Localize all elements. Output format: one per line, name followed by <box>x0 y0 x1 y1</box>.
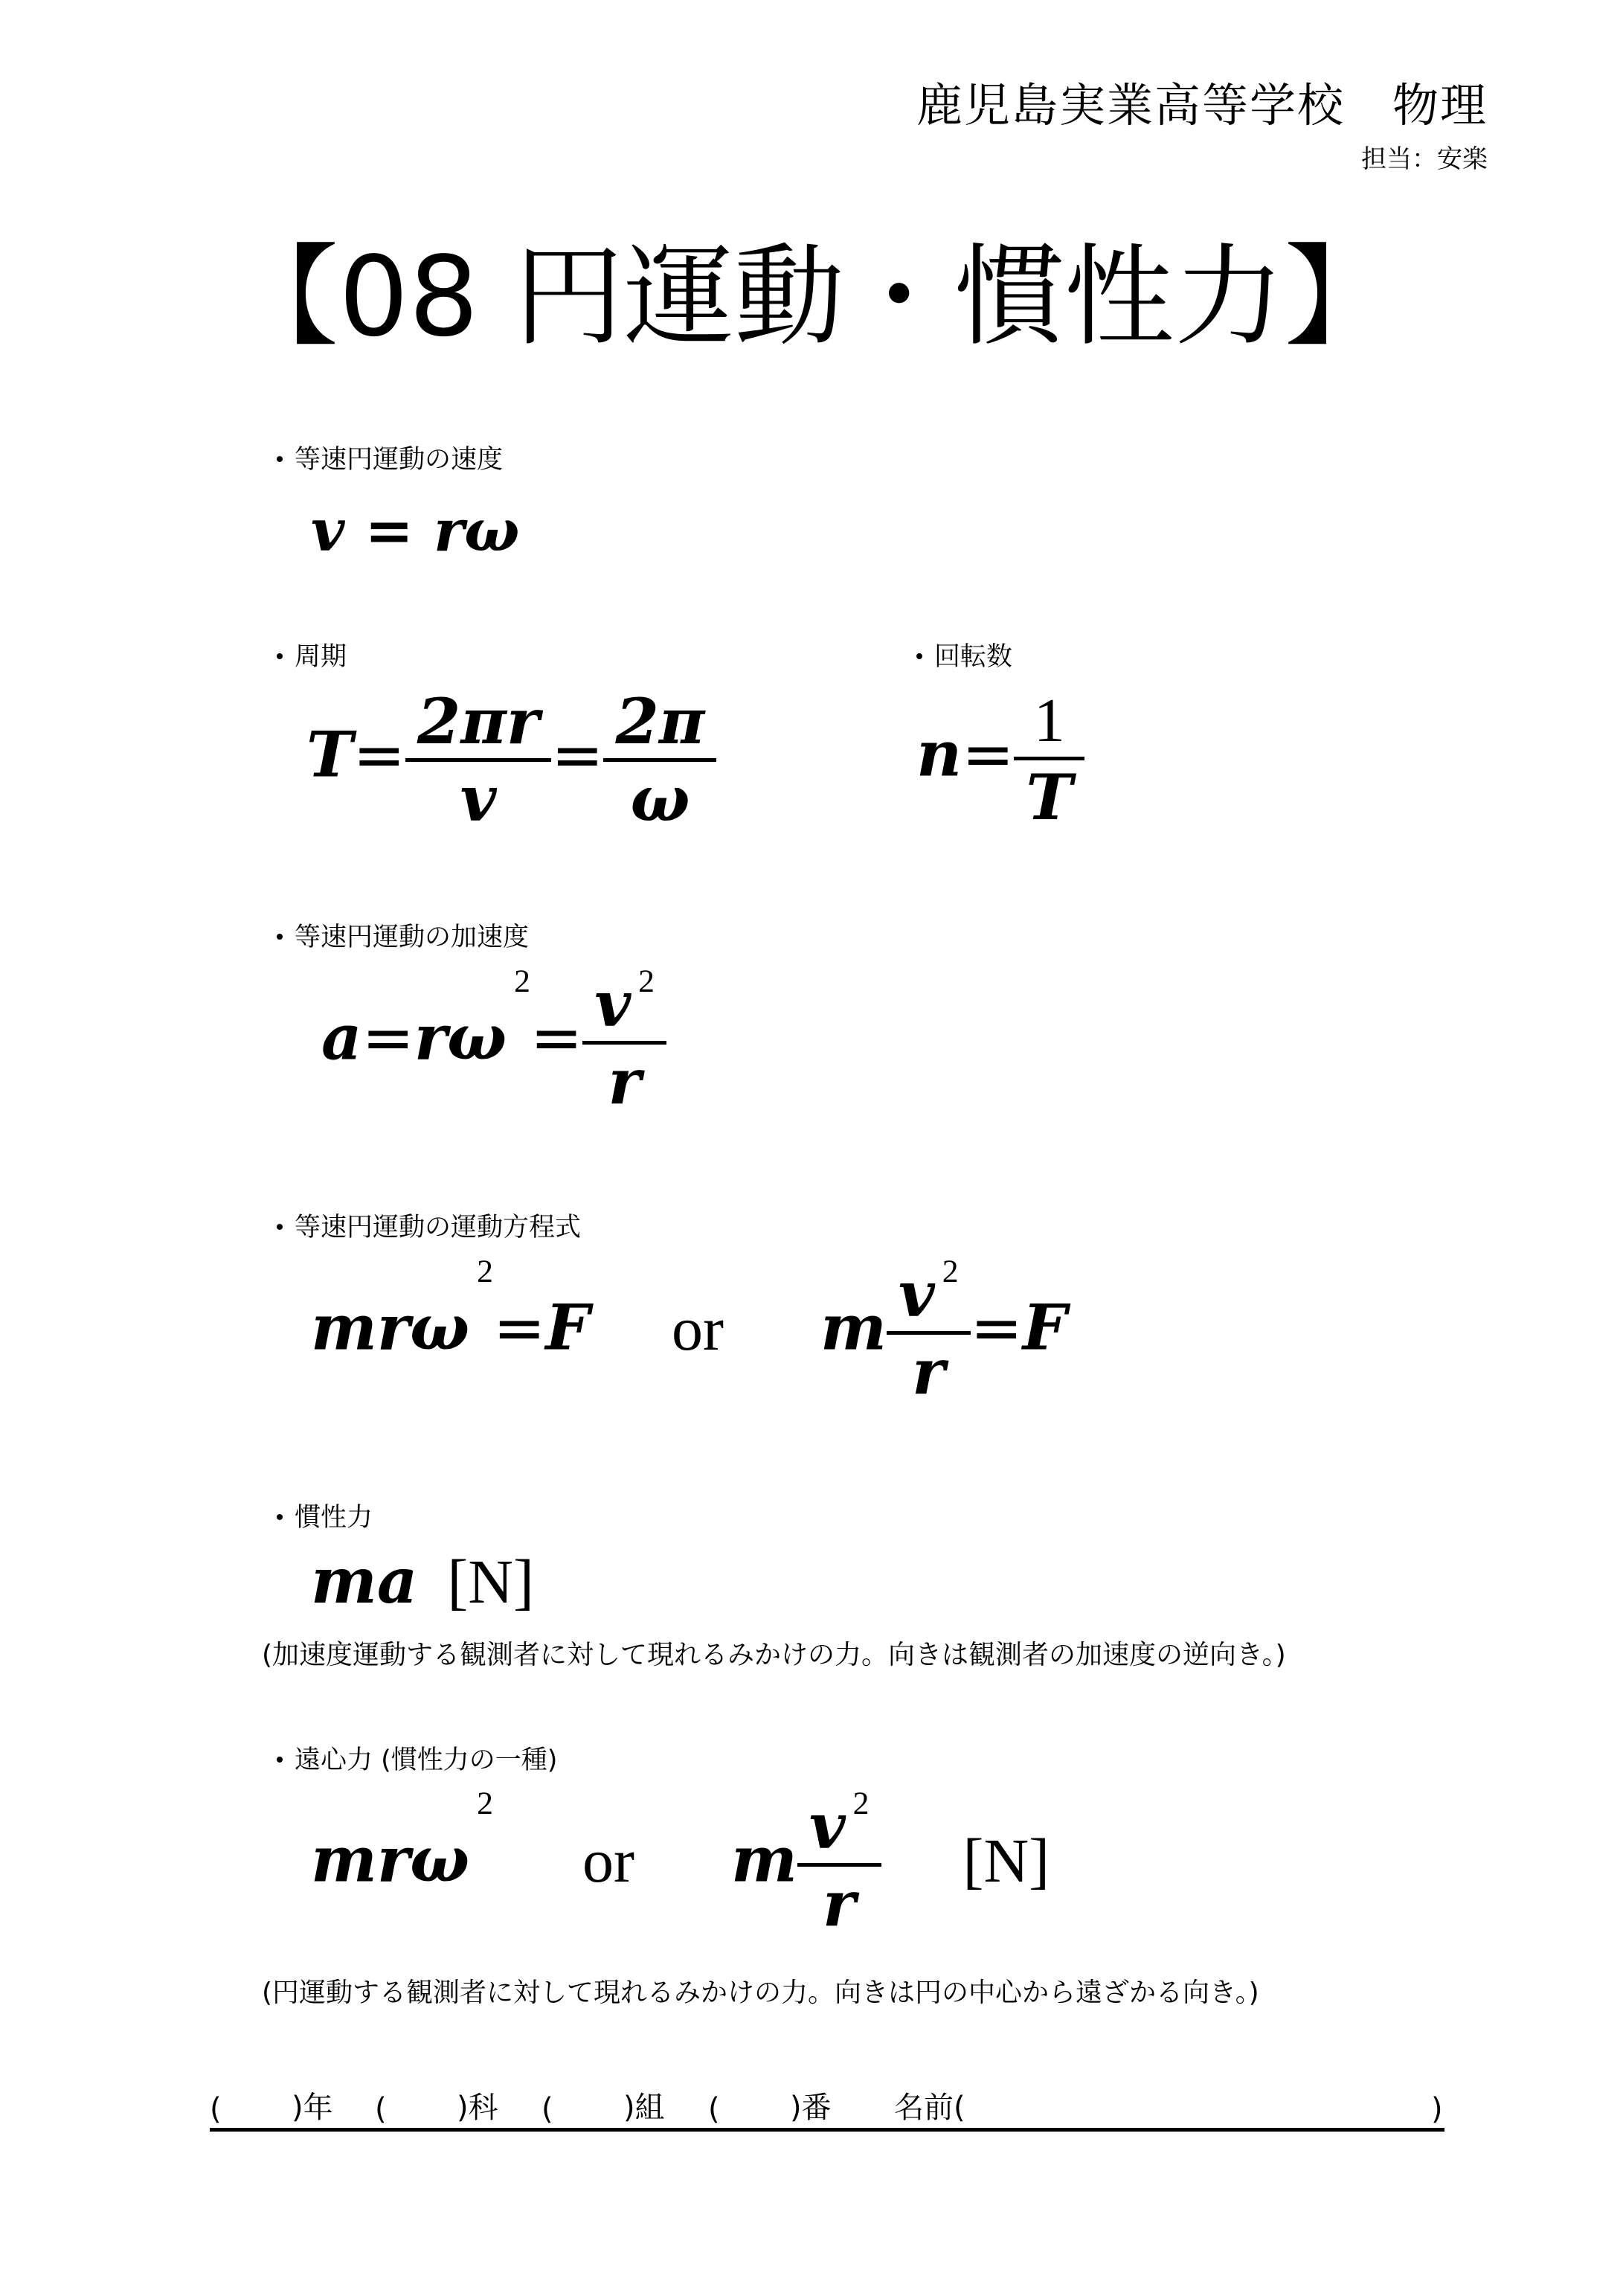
formula-rotation: n=1T <box>916 684 1084 834</box>
name-field-close: ) <box>1431 2092 1443 2126</box>
fraction: 1T <box>1014 684 1084 834</box>
formula-period: T=2πrv=2πω <box>306 684 716 836</box>
department-label: )科 <box>457 2084 498 2126</box>
bullet-icon <box>277 456 283 462</box>
fraction: v2r <box>797 1789 881 1940</box>
section-label-rotation: 回転数 <box>916 636 1012 673</box>
fraction: 2πω <box>603 684 716 836</box>
formula-speed: v = rω <box>311 497 519 565</box>
section-label-period: 周期 <box>277 636 347 673</box>
year-field-open[interactable]: ( <box>210 2092 222 2126</box>
note-inertial-force: (加速度運動する観測者に対して現れるみかけの力。向きは観測者の加速度の逆向き。) <box>262 1634 1286 1672</box>
section-label-equation-of-motion: 等速円運動の運動方程式 <box>277 1207 581 1244</box>
formula-acceleration: a=rω2=v2r <box>321 967 666 1118</box>
school-name: 鹿児島実業高等学校 物理 <box>916 68 1488 135</box>
class-field-open[interactable]: ( <box>541 2092 553 2126</box>
section-label-acceleration: 等速円運動の加速度 <box>277 917 529 954</box>
fraction: v2r <box>582 967 666 1118</box>
bullet-icon <box>916 653 922 659</box>
section-label-speed: 等速円運動の速度 <box>277 439 503 476</box>
bullet-icon <box>277 1514 283 1520</box>
bullet-icon <box>277 653 283 659</box>
section-label-centrifugal-force: 遠心力 (慣性力の一種) <box>277 1739 557 1777</box>
fraction: v2r <box>887 1257 971 1408</box>
number-field-open[interactable]: ( <box>708 2092 720 2126</box>
page-title: 【08 円運動・慣性力】 <box>0 237 1623 358</box>
bullet-icon <box>277 934 283 940</box>
number-label: )番 <box>790 2084 832 2126</box>
bullet-icon <box>277 1757 283 1763</box>
department-field-open[interactable]: ( <box>375 2092 387 2126</box>
section-label-inertial-force: 慣性力 <box>277 1497 373 1534</box>
bullet-icon <box>277 1224 283 1230</box>
formula-inertial-force: ma[N] <box>311 1544 534 1618</box>
fraction: 2πrv <box>405 684 551 836</box>
class-label: )組 <box>623 2084 665 2126</box>
student-info-line: ( )年 ( )科 ( )組 ( )番 名前( ) <box>210 2080 1444 2132</box>
year-label: )年 <box>292 2084 333 2126</box>
note-centrifugal-force: (円運動する観測者に対して現れるみかけの力。向きは円の中心から遠ざかる向き。) <box>262 1972 1259 2010</box>
name-field-label[interactable]: 名前( <box>894 2084 965 2126</box>
teacher-name: 担当：安楽 <box>1361 138 1488 175</box>
formula-centrifugal-force: mrω2ormv2r[N] <box>311 1789 1050 1940</box>
formula-equation-of-motion: mrω2=Formv2r=F <box>311 1257 1067 1408</box>
